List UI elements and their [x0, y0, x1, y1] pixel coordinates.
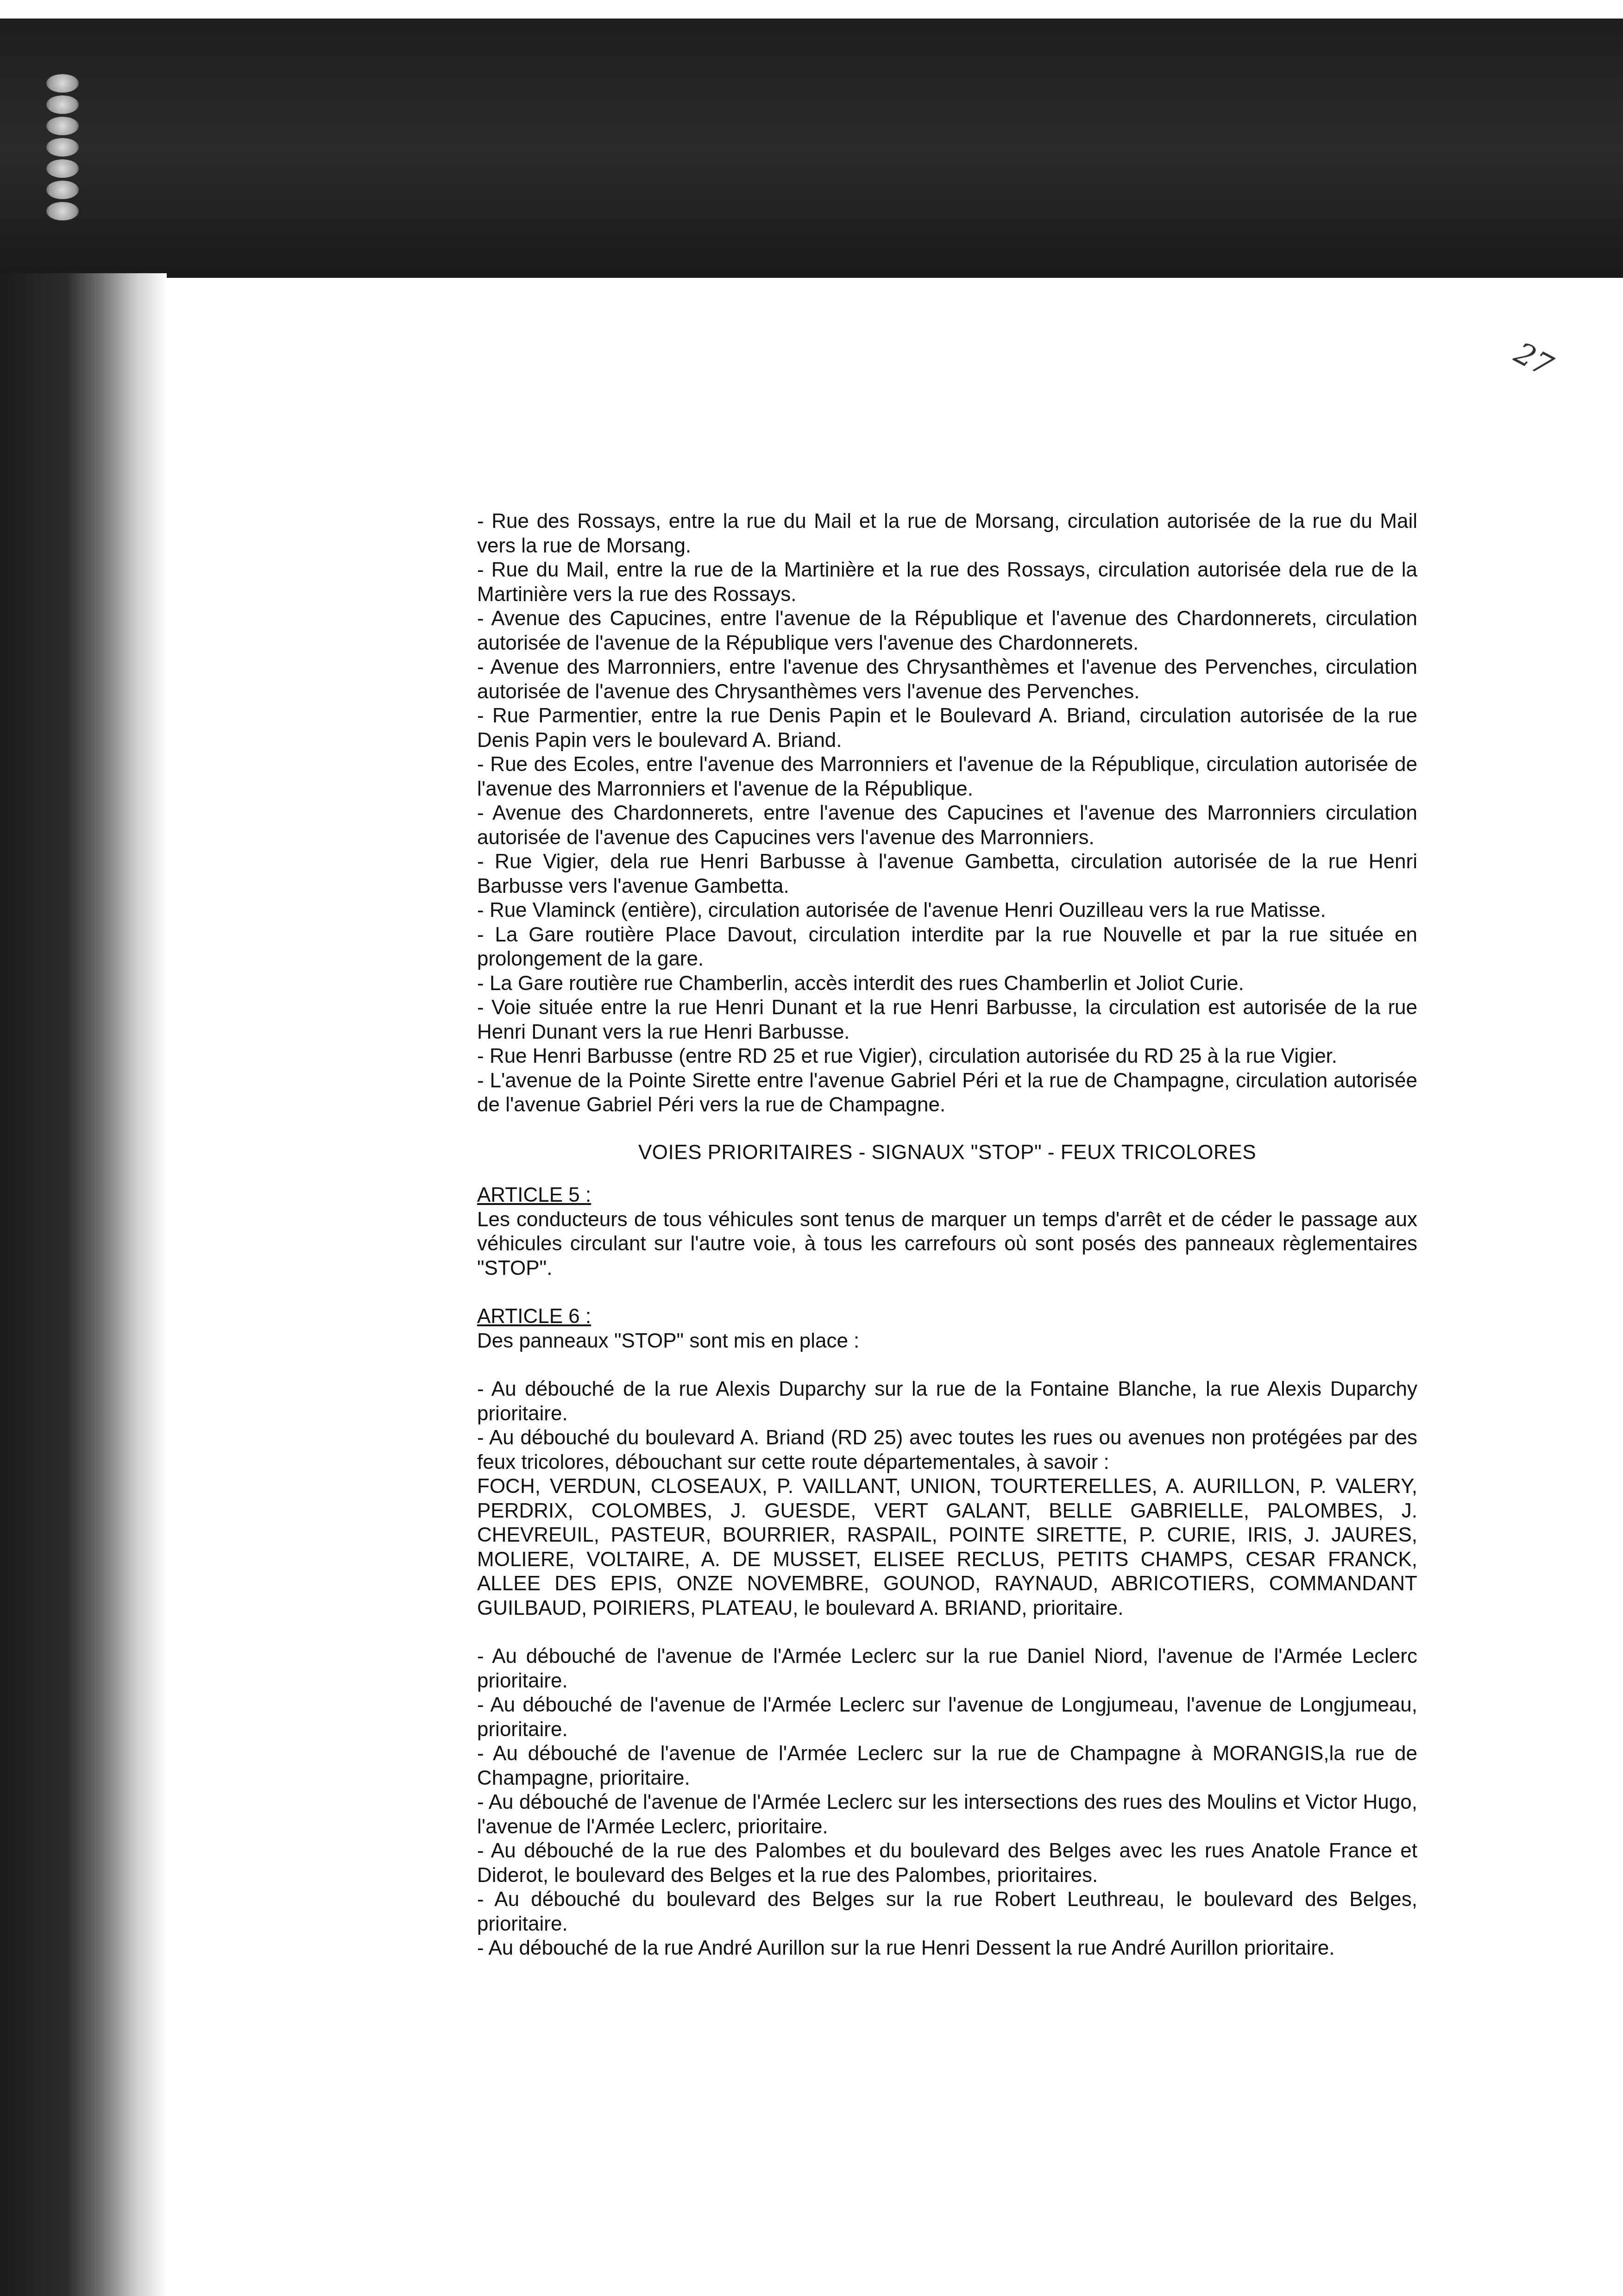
list-item: - Au débouché de l'avenue de l'Armée Lec…: [477, 1693, 1417, 1742]
list-item: - Avenue des Chardonnerets, entre l'aven…: [477, 801, 1417, 850]
list-item: - Rue des Rossays, entre la rue du Mail …: [477, 509, 1417, 558]
spacer: [477, 1620, 1417, 1644]
list-item: - Au débouché de l'avenue de l'Armée Lec…: [477, 1742, 1417, 1790]
list-item: - Rue Vigier, dela rue Henri Barbusse à …: [477, 850, 1417, 898]
scan-dark-border-top: [0, 19, 1623, 278]
binder-hole: [46, 202, 79, 220]
scan-dark-border-left: [0, 273, 167, 2296]
article-6-intro: Des panneaux "STOP" sont mis en place :: [477, 1329, 1417, 1354]
list-item: - Au débouché de la rue André Aurillon s…: [477, 1936, 1417, 1961]
list-item: - La Gare routière Place Davout, circula…: [477, 923, 1417, 972]
list-item: - Rue Parmentier, entre la rue Denis Pap…: [477, 704, 1417, 753]
list-item: - Rue du Mail, entre la rue de la Martin…: [477, 558, 1417, 607]
binder-hole: [46, 74, 79, 93]
spacer: [477, 1353, 1417, 1377]
one-way-streets-list: - Rue des Rossays, entre la rue du Mail …: [477, 509, 1417, 1117]
article-5-heading: ARTICLE 5 :: [477, 1183, 1417, 1208]
section-title: VOIES PRIORITAIRES - SIGNAUX "STOP" - FE…: [477, 1141, 1417, 1165]
handwritten-page-number: 27: [1509, 336, 1558, 384]
binder-hole: [46, 117, 79, 135]
spacer: [477, 1280, 1417, 1305]
list-item: - Au débouché de la rue des Palombes et …: [477, 1839, 1417, 1888]
list-item: - Avenue des Marronniers, entre l'avenue…: [477, 655, 1417, 704]
binder-hole: [46, 138, 79, 157]
list-item: - Au débouché de l'avenue de l'Armée Lec…: [477, 1790, 1417, 1839]
list-item: - Rue Henri Barbusse (entre RD 25 et rue…: [477, 1044, 1417, 1069]
scan-top-margin: [0, 0, 1623, 19]
article-6-heading: ARTICLE 6 :: [477, 1305, 1417, 1329]
list-item: - Voie située entre la rue Henri Dunant …: [477, 996, 1417, 1044]
list-item: - Au débouché de l'avenue de l'Armée Lec…: [477, 1644, 1417, 1693]
list-item: - La Gare routière rue Chamberlin, accès…: [477, 972, 1417, 996]
binder-hole: [46, 159, 79, 178]
list-item: - Rue des Ecoles, entre l'avenue des Mar…: [477, 753, 1417, 801]
list-item: - L'avenue de la Pointe Sirette entre l'…: [477, 1069, 1417, 1117]
list-item: - Au débouché de la rue Alexis Duparchy …: [477, 1377, 1417, 1426]
list-item: - Rue Vlaminck (entière), circulation au…: [477, 898, 1417, 923]
binder-hole: [46, 181, 79, 199]
binder-hole: [46, 95, 79, 114]
street-list: FOCH, VERDUN, CLOSEAUX, P. VAILLANT, UNI…: [477, 1474, 1417, 1620]
list-item: - Avenue des Capucines, entre l'avenue d…: [477, 607, 1417, 655]
document-body: - Rue des Rossays, entre la rue du Mail …: [477, 509, 1417, 1961]
list-item: - Au débouché du boulevard des Belges su…: [477, 1888, 1417, 1936]
list-item: - Au débouché du boulevard A. Briand (RD…: [477, 1426, 1417, 1474]
article-5-text: Les conducteurs de tous véhicules sont t…: [477, 1208, 1417, 1281]
binder-holes: [32, 74, 93, 269]
